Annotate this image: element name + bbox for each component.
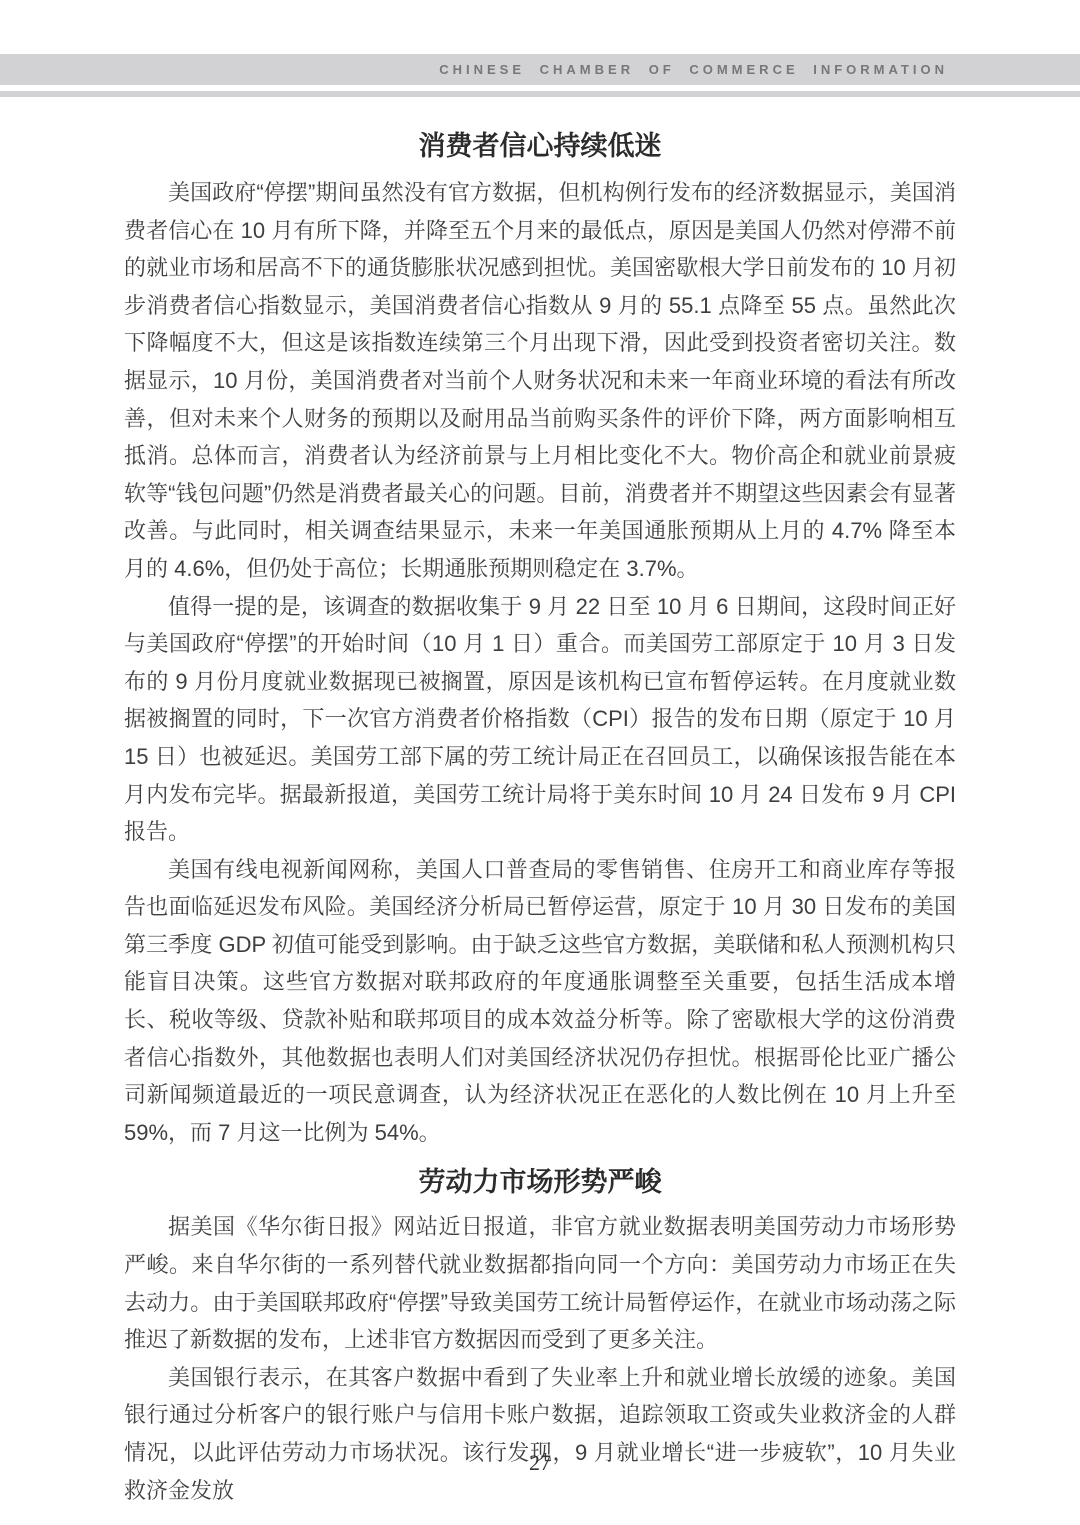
section2-paragraph-1: 据美国《华尔街日报》网站近日报道，非官方就业数据表明美国劳动力市场形势严峻。来自… [124,1208,956,1358]
section2-paragraph-2: 美国银行表示，在其客户数据中看到了失业率上升和就业增长放缓的迹象。美国银行通过分… [124,1359,956,1509]
section1-title: 消费者信心持续低迷 [124,130,956,162]
header-banner-text: CHINESE CHAMBER OF COMMERCE INFORMATION [439,54,948,85]
section1-paragraph-2: 值得一提的是，该调查的数据收集于 9 月 22 日至 10 月 6 日期间，这段… [124,588,956,851]
header-divider [0,91,1080,97]
section2-title: 劳动力市场形势严峻 [124,1166,956,1198]
article-body: 消费者信心持续低迷 美国政府“停摆”期间虽然没有官方数据，但机构例行发布的经济数… [124,130,956,1509]
page-number: 27 [0,1450,1080,1476]
section1-paragraph-1: 美国政府“停摆”期间虽然没有官方数据，但机构例行发布的经济数据显示，美国消费者信… [124,174,956,588]
header-banner: CHINESE CHAMBER OF COMMERCE INFORMATION [0,54,1080,85]
section1-paragraph-3: 美国有线电视新闻网称，美国人口普查局的零售销售、住房开工和商业库存等报告也面临延… [124,851,956,1152]
